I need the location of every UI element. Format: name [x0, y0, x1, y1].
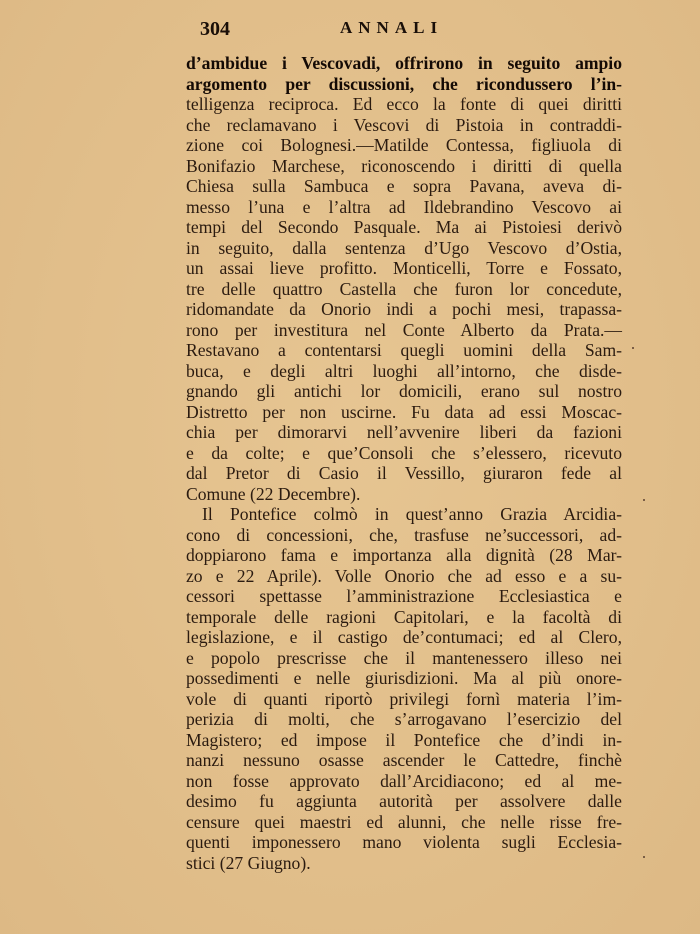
text-line: stici (27 Giugno).: [186, 853, 622, 874]
paragraph-2: Il Pontefice colmò in quest’anno Grazia …: [186, 504, 622, 873]
text-line: doppiarono fama e importanza alla dignit…: [186, 545, 622, 566]
page-header: 304 ANNALI: [200, 18, 620, 44]
text-line: nanzi nessuno osasse ascender le Cattedr…: [186, 750, 622, 771]
text-line: e da colte; e que’Consoli che s’elessero…: [186, 443, 622, 464]
text-line: che reclamavano i Vescovi di Pistoia in …: [186, 115, 622, 136]
text-line: non fosse approvato dall’Arcidiacono; ed…: [186, 771, 622, 792]
text-line: vole di quanti riportò privilegi fornì m…: [186, 689, 622, 710]
text-line: desimo fu aggiunta autorità per assolver…: [186, 791, 622, 812]
text-line: Il Pontefice colmò in quest’anno Grazia …: [186, 504, 622, 525]
paragraph-1: d’ambidue i Vescovadi, offrirono in segu…: [186, 53, 622, 504]
text-line: temporale delle ragioni Capitolari, e la…: [186, 607, 622, 628]
text-line: tre delle quattro Castella che furon lor…: [186, 279, 622, 300]
text-line: Comune (22 Decembre).: [186, 484, 622, 505]
text-line: cessori spettasse l’amministrazione Eccl…: [186, 586, 622, 607]
text-line: d’ambidue i Vescovadi, offrirono in segu…: [186, 53, 622, 74]
text-line: Restavano a contentarsi quegli uomini de…: [186, 340, 622, 361]
text-line: Chiesa sulla Sambuca e sopra Pavana, ave…: [186, 176, 622, 197]
text-line: cono di concessioni, che, trasfuse ne’su…: [186, 525, 622, 546]
book-page: 304 ANNALI d’ambidue i Vescovadi, offrir…: [0, 0, 700, 934]
text-line: rono per investitura nel Conte Alberto d…: [186, 320, 622, 341]
text-line: censure quei maestri ed alunni, che nell…: [186, 812, 622, 833]
text-line: ridomandate da Onorio indi a pochi mesi,…: [186, 299, 622, 320]
text-line: un assai lieve profitto. Monticelli, Tor…: [186, 258, 622, 279]
text-line: e popolo prescrisse che il mantenessero …: [186, 648, 622, 669]
text-line: in seguito, dalla sentenza d’Ugo Vescovo…: [186, 238, 622, 259]
text-line: argomento per discussioni, che riconduss…: [186, 74, 622, 95]
text-line: quenti imponessero mano violenta sugli E…: [186, 832, 622, 853]
paper-speck: [643, 499, 645, 501]
text-line: legislazione, e il castigo de’contumaci;…: [186, 627, 622, 648]
text-line: zo e 22 Aprile). Volle Onorio che ad ess…: [186, 566, 622, 587]
text-line: messo l’una e l’altra ad Ildebrandino Ve…: [186, 197, 622, 218]
text-line: chia per dimorarvi nell’avvenire liberi …: [186, 422, 622, 443]
text-line: zione coi Bolognesi.—Matilde Contessa, f…: [186, 135, 622, 156]
text-line: buca, e degli altri luoghi all’intorno, …: [186, 361, 622, 382]
text-line: Distretto per non uscirne. Fu data ad es…: [186, 402, 622, 423]
text-line: Bonifazio Marchese, riconoscendo i dirit…: [186, 156, 622, 177]
text-line: telligenza reciproca. Ed ecco la fonte d…: [186, 94, 622, 115]
text-line: tempi del Secondo Pasquale. Ma ai Pistoi…: [186, 217, 622, 238]
text-line: dal Pretor di Casio il Vessillo, giuraro…: [186, 463, 622, 484]
page-number: 304: [200, 18, 230, 41]
text-line: perizia di molti, che s’arrogavano l’ese…: [186, 709, 622, 730]
paper-speck: [632, 347, 634, 349]
paper-speck: [643, 856, 645, 858]
text-line: gnando gli antichi lor domicili, erano s…: [186, 381, 622, 402]
body-text: d’ambidue i Vescovadi, offrirono in segu…: [186, 53, 622, 873]
text-line: Magistero; ed impose il Pontefice che d’…: [186, 730, 622, 751]
running-title: ANNALI: [340, 18, 443, 38]
text-line: possedimenti e nelle giurisdizioni. Ma a…: [186, 668, 622, 689]
